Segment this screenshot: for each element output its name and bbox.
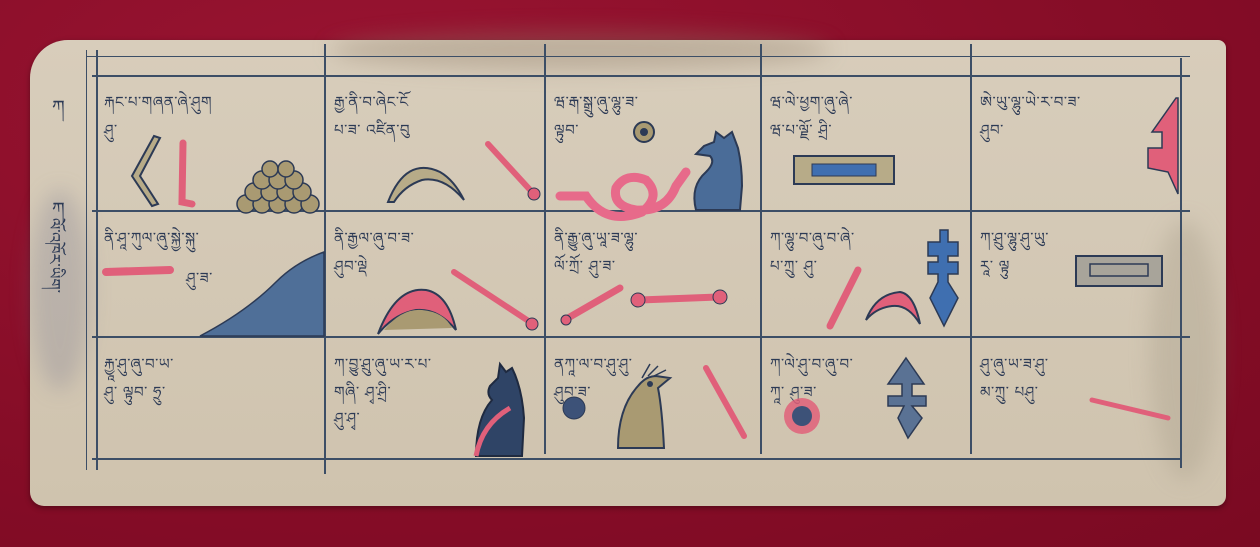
grid-cell-r0c4: ཨེ་ཡུ་ལྷུ་ཡེ་ར་བ་ཟ་ ཤུབ་: [972, 76, 1180, 210]
red-staff-icon: [326, 212, 544, 336]
red-dumbbell-icon: [546, 212, 760, 336]
grid-cell-r2c3: ཀ་ལེ་ཤུ་བ་ཞུ་བ་ ཀཱ་ ཤུ་ཟ་: [762, 338, 970, 458]
grid-cell-r2c4: ཤུ་ཞུ་ཡ་ཟ་ཤུ་ མ་ཀྲུ་ པཤུ་: [972, 338, 1180, 458]
cell-caption: ཤུ་ ལྟུབ་ ཧྲུ་: [104, 376, 166, 418]
grid-cell-r2c0: རྐྱཱ་ཤུ་ཞུ་བ་ཡ་ ཤུ་ ལྟུབ་ ཧྲུ་: [96, 338, 324, 458]
grid-cell-r1c1: ནི་རྒྱལ་ཞུ་བ་ཟ་ ཤུབ་ལྡེ: [326, 212, 544, 336]
grid-cell-r2c2: ནཀཱ་ལ་བ་ཤུ་ཤུ་ ཤུབ་ཟ་: [546, 338, 760, 458]
margin-mark-top: ཀ: [52, 88, 65, 138]
grid-cell-r1c4: ཀ་ཤྲུ་ལྷུ་ཤུ་ཡུ་ རཱ་ ལྟུ: [972, 212, 1180, 336]
grid-cell-r0c3: ཝ་ལེ་ཕྱག་ཞུ་ཞེ་ ཝ་པ་ལྗོ་ ཤྲི་: [762, 76, 970, 210]
grid-cell-r1c2: ནི་རྒྱུ་ཞུ་ཡཱ་ཟ་ལྷུ་ ལོ་ཀྲོ་ ཤུ་ཟ་: [546, 212, 760, 336]
grid-cell-r0c1: རྒྱ་ནི་བ་ཞེང་ངོ པ་ཟ་ འཛིན་བུ: [326, 76, 544, 210]
red-staff-icon: [972, 338, 1180, 458]
blue-vajra-icon: [762, 212, 970, 336]
stain: [330, 30, 830, 70]
grid-line: [1180, 58, 1182, 468]
grid-cell-r1c0: ནི་ཤཱ་ཀུལ་ཞུ་སྐྱེ་སྐུ་ ཤུ་ཟ་: [96, 212, 324, 336]
stone-heap-icon: [96, 76, 324, 210]
red-stepped-edge-icon: [972, 76, 1180, 210]
rectangle-frame-icon: [762, 76, 970, 210]
grid-line: [86, 50, 87, 470]
rectangle-frame-icon: [972, 212, 1180, 336]
red-staff-icon: [546, 338, 760, 458]
grid-line: [86, 56, 1190, 57]
blue-mountain-icon: [96, 212, 324, 336]
blue-animal-icon: [546, 76, 760, 210]
grid-cell-r0c2: ཝ་རྒ་སྒྲུ་ཞུ་ལྷུ་ཟ་ ལྟུབ་: [546, 76, 760, 210]
grid-cell-r1c3: ཀ་ལྷུ་བ་ཞུ་བ་ཞེ་ པ་ཀྲུ་ ཤུ་: [762, 212, 970, 336]
blue-dog-icon: [326, 338, 544, 458]
grid-cell-r0c0: རྐང་པ་གཞན་ཞེ་ཤུག ཤུ་: [96, 76, 324, 210]
blue-arrow-vajra-icon: [762, 338, 970, 458]
red-staff-icon: [326, 76, 544, 210]
margin-vertical-text: ལོ་འཁོར་ཡིག་: [27, 218, 72, 293]
grid-line: [92, 458, 1180, 460]
grid-cell-r2c1: ཀ་བྱུ་ཤྲུ་ཞུ་ཡ་ར་པ་ གཞི་ ཤྭ་ཤྲི་ ཤུ་ཤྭ་: [326, 338, 544, 458]
